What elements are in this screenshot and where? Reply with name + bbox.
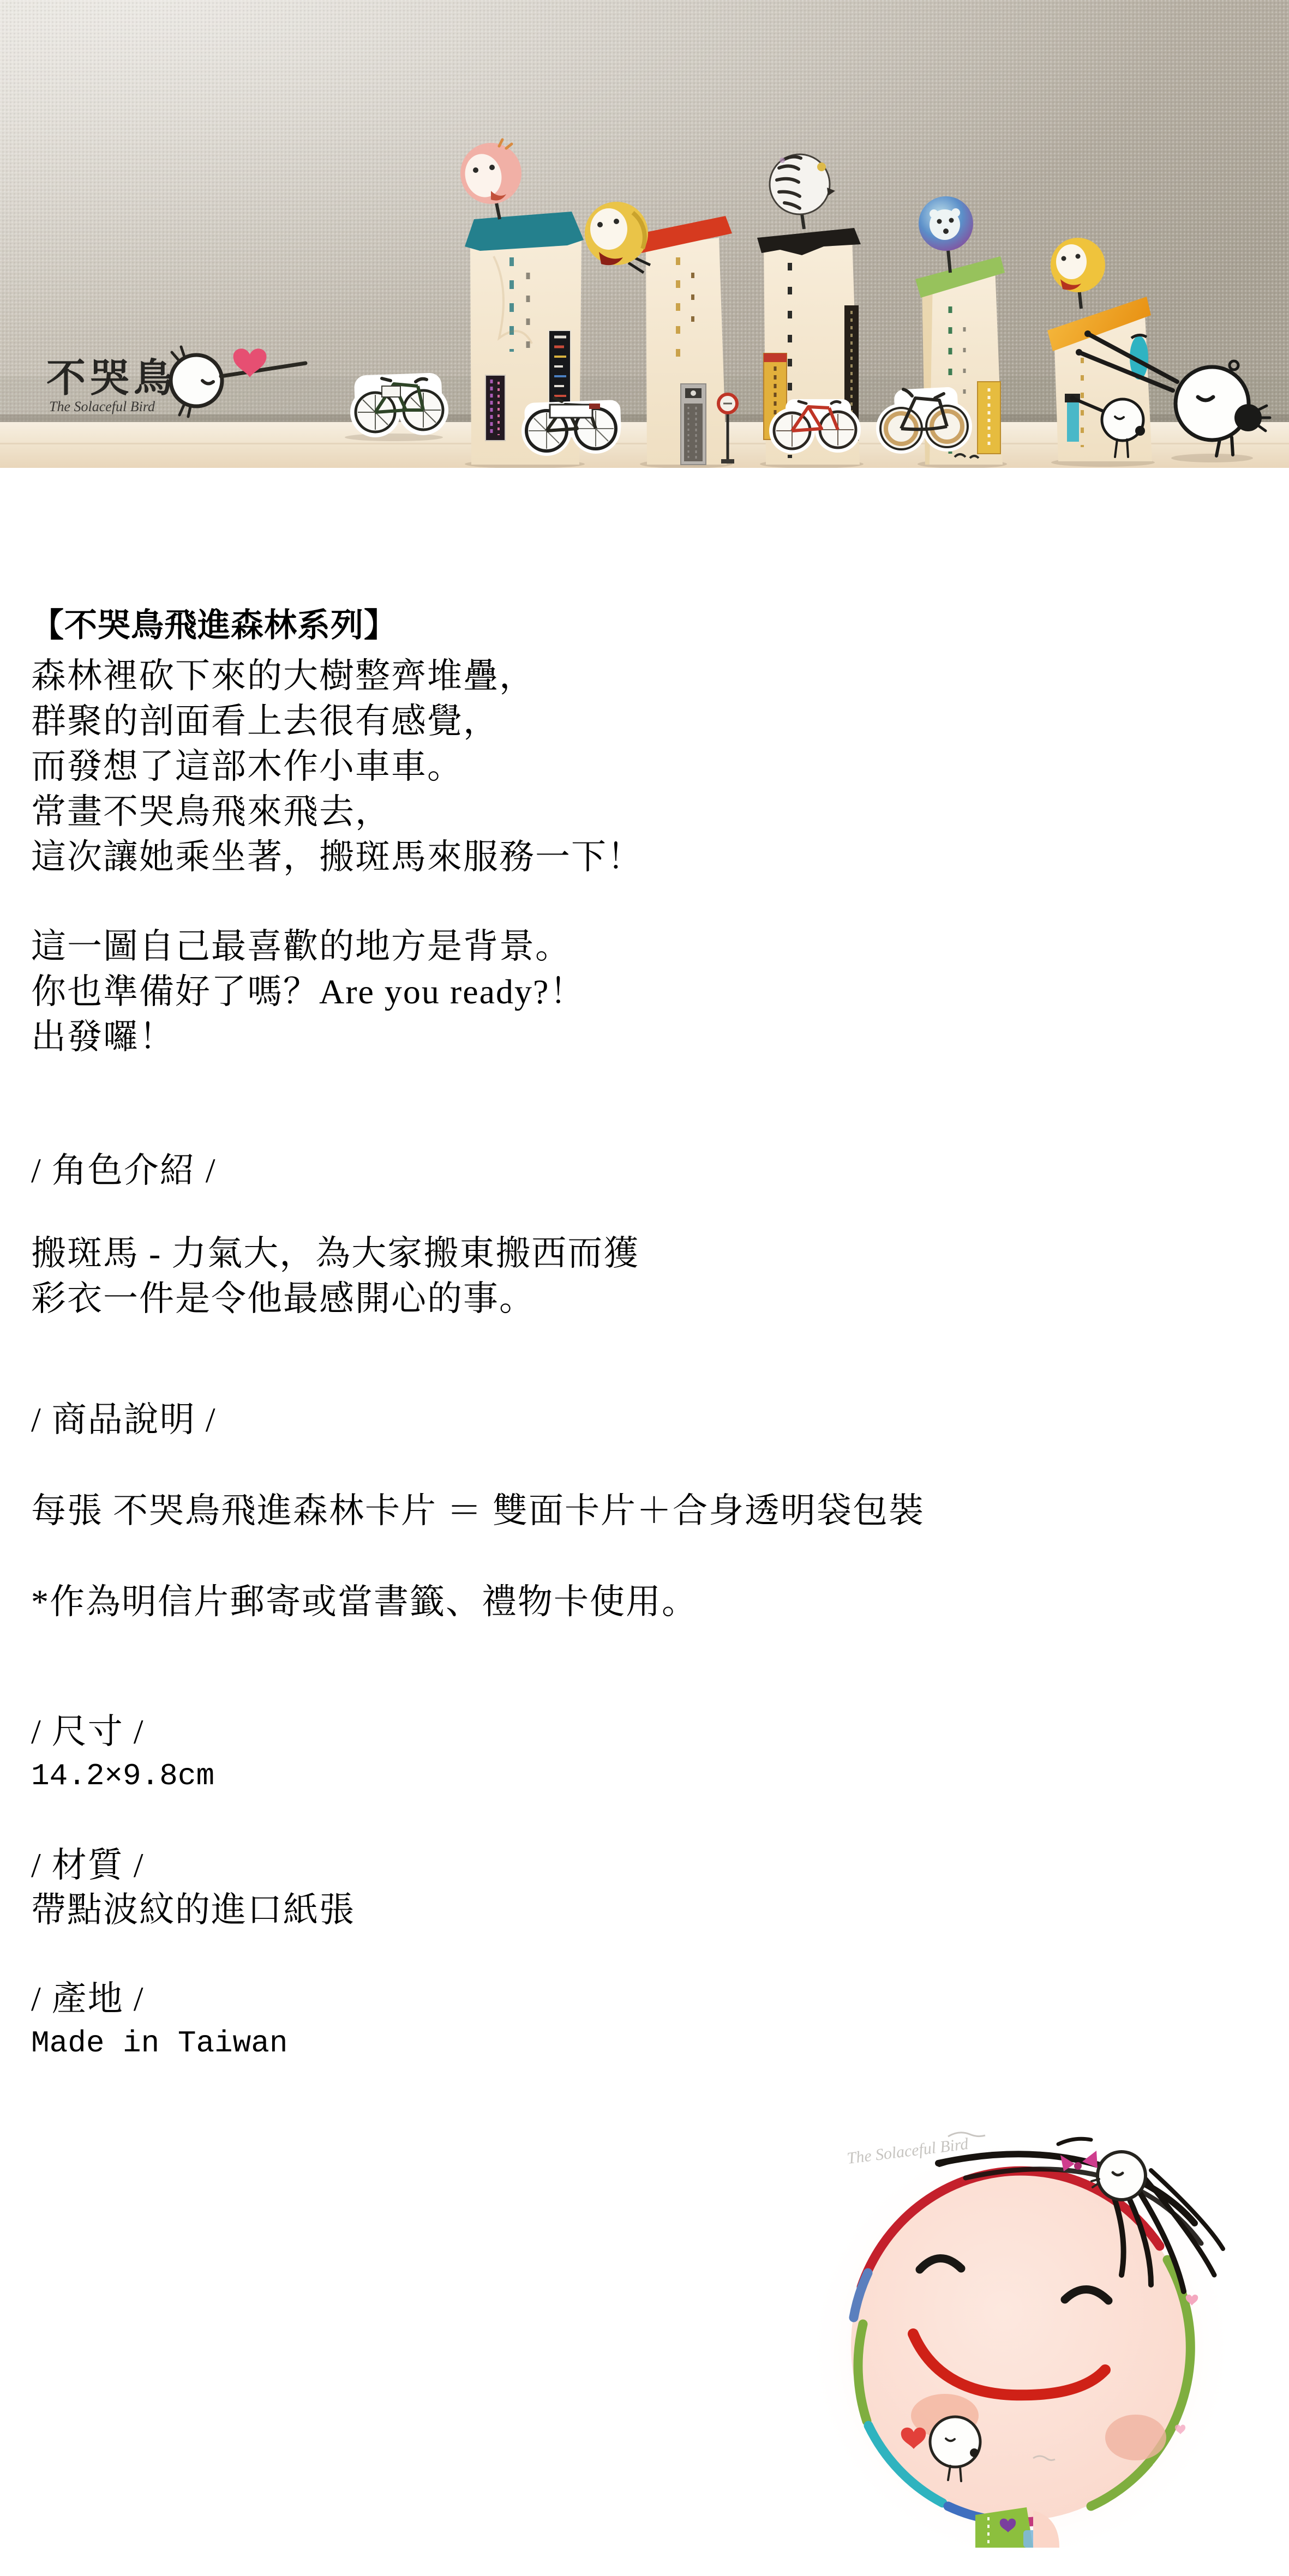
intro-line: 森林裡砍下來的大樹整齊堆疊， — [31, 653, 535, 699]
hero-photo-illustration: 不哭鳥 The Solaceful Bird — [0, 0, 1289, 468]
section-heading-characters: / 角色介紹 / — [31, 1148, 217, 1193]
character-description-line: 搬斑馬 - 力氣大，為大家搬東搬西而獲 — [31, 1231, 639, 1276]
origin-value: Made in Taiwan — [31, 2021, 287, 2066]
product-description-line: 每張 不哭鳥飛進森林卡片 ＝ 雙面卡片＋合身透明袋包裝 — [31, 1488, 925, 1533]
intro-line: 常畫不哭鳥飛來飛去， — [31, 789, 391, 834]
intro-line: 群聚的剖面看上去很有感覺， — [31, 699, 499, 744]
material-value: 帶點波紋的進口紙張 — [31, 1887, 355, 1933]
series-title: 【不哭鳥飛進森林系列】 — [31, 603, 397, 648]
intro-line: 你也準備好了嗎？Are you ready?！ — [31, 969, 585, 1014]
gray-door — [681, 384, 706, 465]
section-heading-origin: / 產地 / — [31, 1976, 145, 2021]
section-heading-material: / 材質 / — [31, 1843, 145, 1888]
purple-shop-sign — [485, 375, 505, 441]
brand-logo-zh: 不哭鳥 — [46, 357, 177, 400]
teal-post — [1067, 402, 1079, 442]
intro-line: 這一圖自己最喜歡的地方是背景。 — [31, 924, 571, 969]
intro-line: 這次讓她乘坐著，搬斑馬來服務一下！ — [31, 834, 643, 880]
product-note-line: *作為明信片郵寄或當書籤、禮物卡使用。 — [31, 1579, 698, 1624]
section-heading-size: / 尺寸 / — [31, 1709, 145, 1754]
right-cheek — [1105, 2415, 1166, 2460]
brand-logo-en: The Solaceful Bird — [49, 399, 155, 414]
size-value: 14.2×9.8cm — [31, 1754, 214, 1799]
hero-banner-photo: 不哭鳥 The Solaceful Bird — [0, 0, 1289, 468]
smiling-girl-svg: The Solaceful Bird — [802, 2111, 1238, 2559]
intro-line: 而發想了這部木作小車車。 — [31, 744, 463, 789]
section-heading-product: / 商品說明 / — [31, 1397, 217, 1442]
character-description-line: 彩衣一件是令他最感開心的事。 — [31, 1276, 535, 1321]
yellow-door — [978, 382, 1000, 454]
intro-line: 出發囉！ — [31, 1014, 175, 1060]
wood-house-red-roof — [635, 216, 732, 465]
smiling-girl-illustration: The Solaceful Bird — [802, 2111, 1238, 2559]
product-description-page: 不哭鳥 The Solaceful Bird — [0, 0, 1289, 2576]
